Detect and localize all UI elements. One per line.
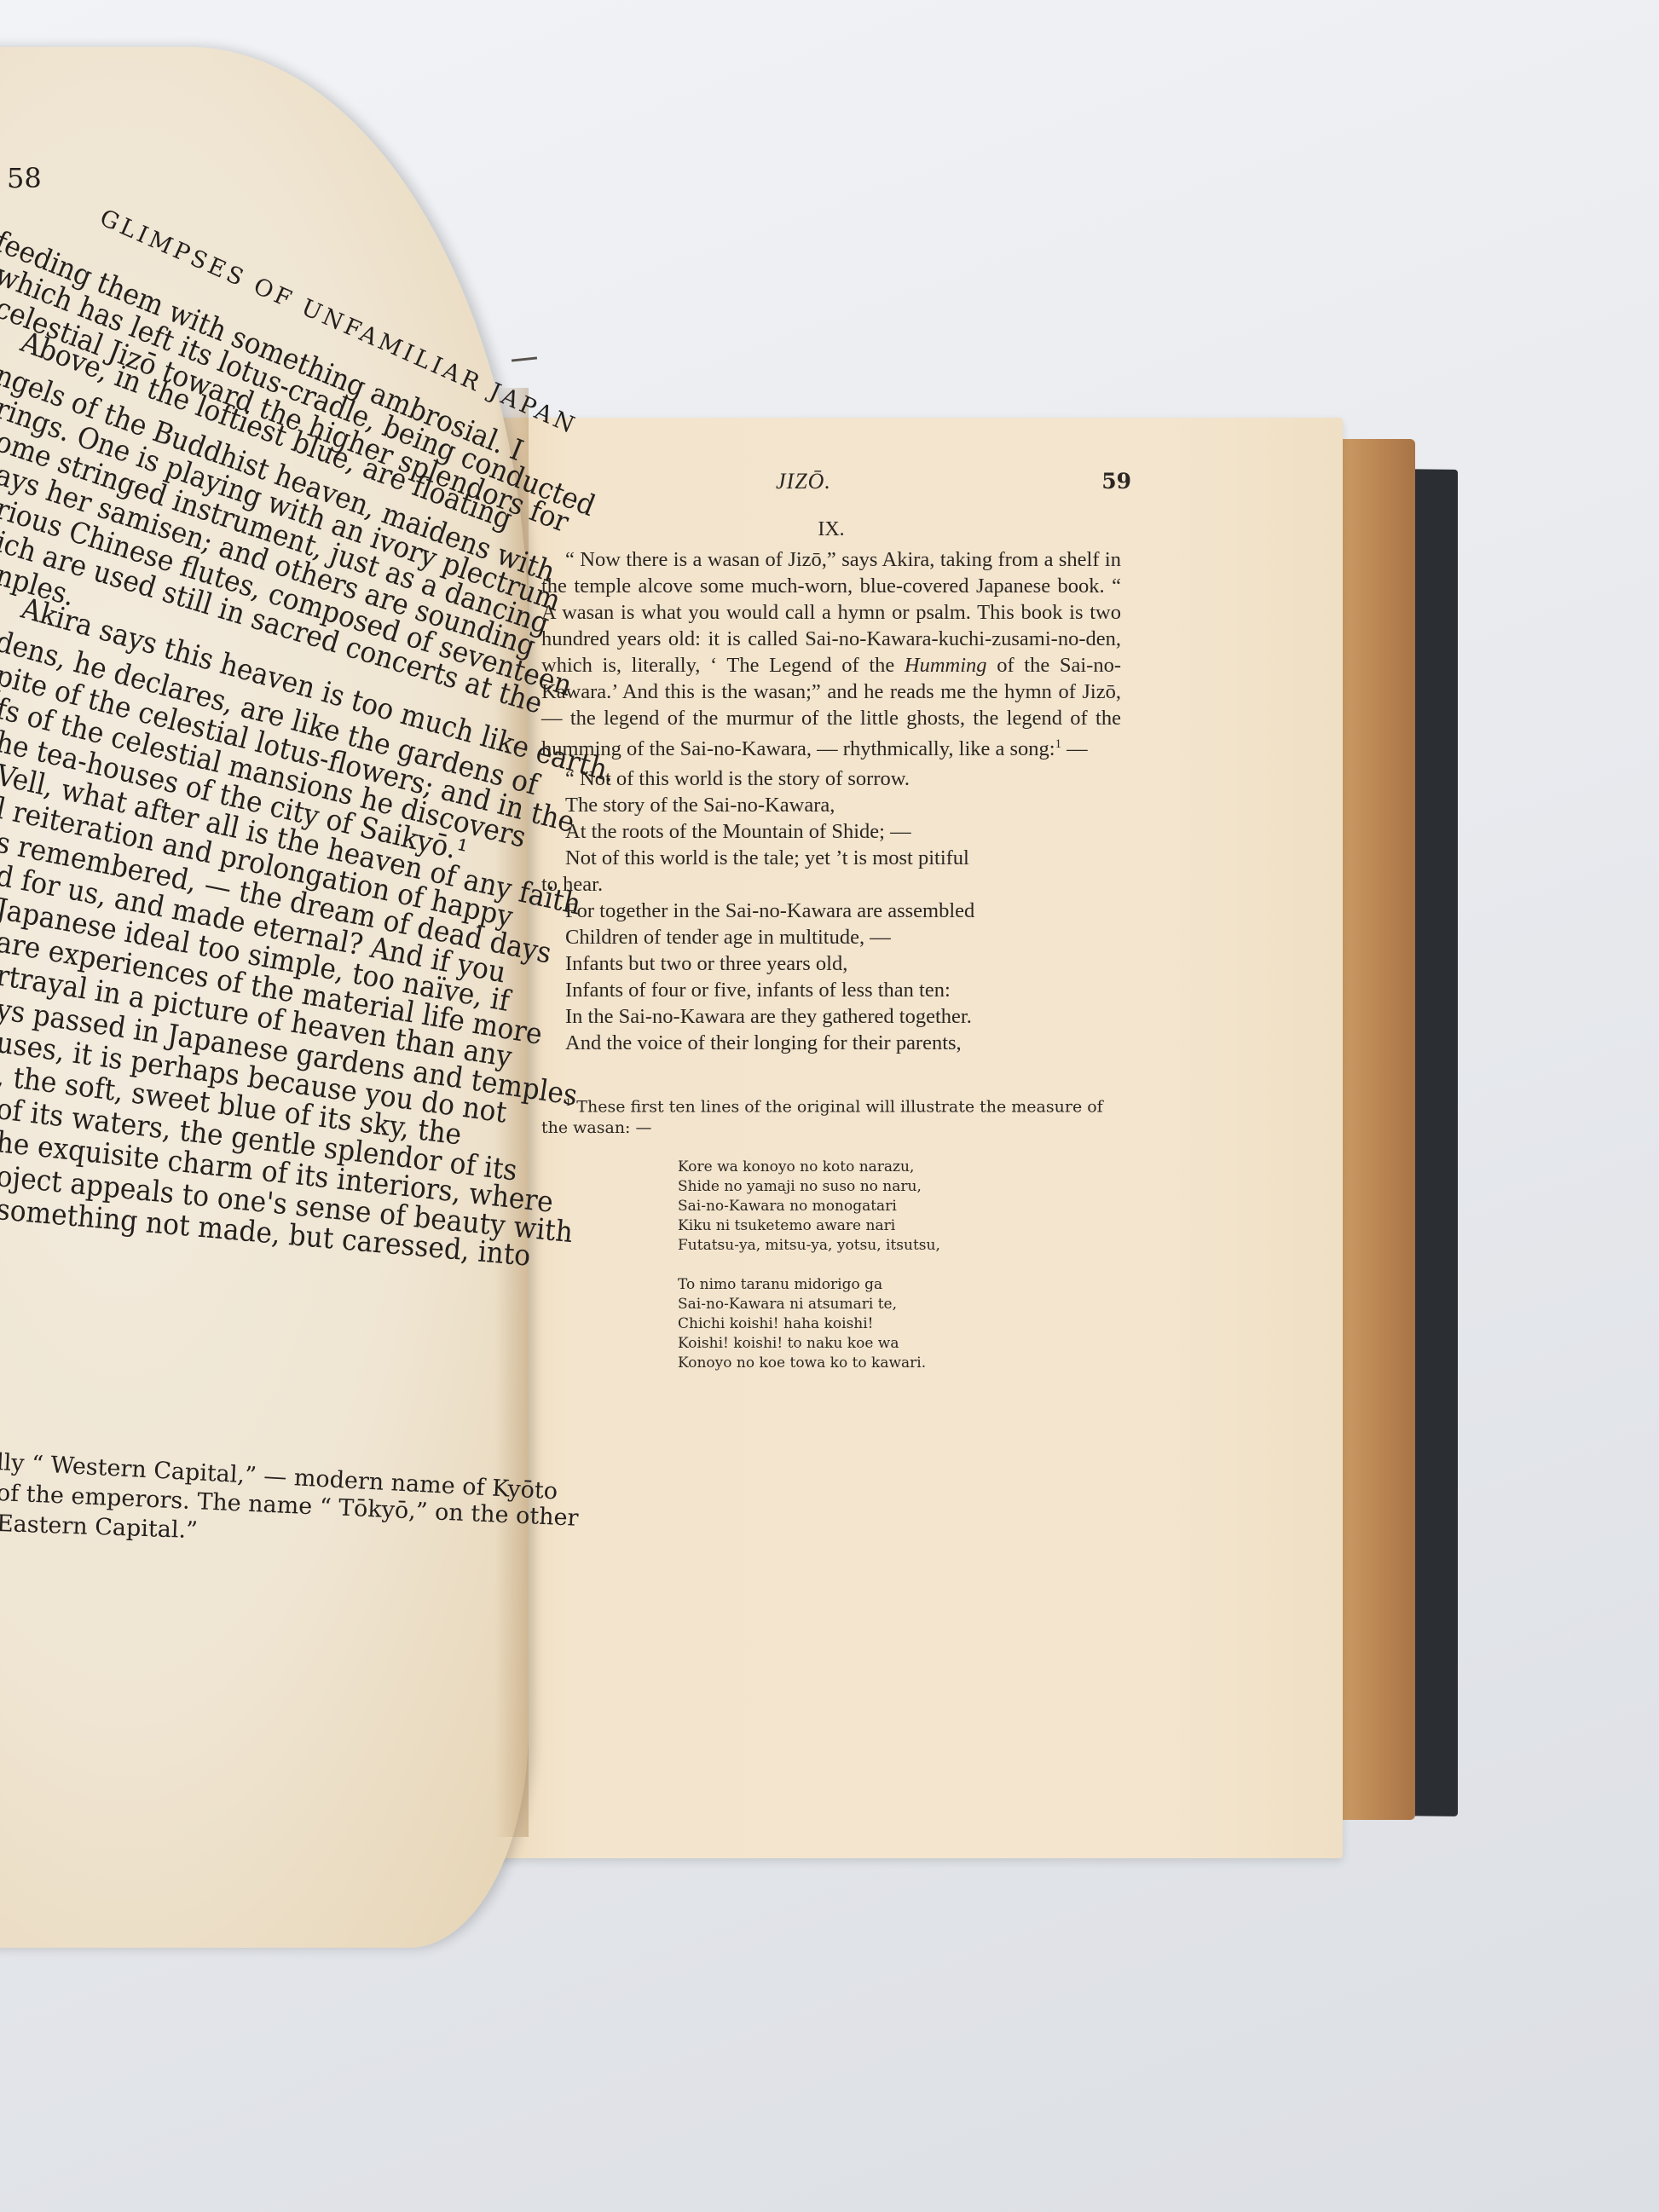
- verse-line: In the Sai-no-Kawara are they gathered t…: [541, 1003, 1121, 1030]
- verse-line: Infants but two or three years old,: [541, 950, 1121, 977]
- running-head-right: JIZŌ. 59: [541, 469, 1121, 503]
- page-number-right: 59: [1101, 469, 1131, 494]
- verse-line: At the roots of the Mountain of Shide; —: [541, 818, 1121, 845]
- footnote-verse-line: Futatsu-ya, mitsu-ya, yotsu, itsutsu,: [678, 1236, 1121, 1256]
- paragraph-tail: —: [1061, 737, 1088, 760]
- footnote-stanza: Kore wa konoyo no koto narazu,Shide no y…: [678, 1158, 1121, 1256]
- verse-line: The story of the Sai-no-Kawara,: [541, 792, 1121, 818]
- footnote-verse-line: Sai-no-Kawara no monogatari: [678, 1197, 1121, 1216]
- verse-line: Infants of four or five, infants of less…: [541, 977, 1121, 1003]
- verse-line: And the voice of their longing for their…: [541, 1030, 1121, 1056]
- verse-line: to hear.: [541, 871, 1121, 898]
- verse-line: Children of tender age in multitude, —: [541, 924, 1121, 950]
- left-page-footnote-line: Eastern Capital.”: [0, 1510, 198, 1544]
- footnote-verse-line: Shide no yamaji no suso no naru,: [678, 1177, 1121, 1197]
- footnote-verse-line: Kiku ni tsuketemo aware nari: [678, 1216, 1121, 1236]
- page-59-content: JIZŌ. 59 IX. “ Now there is a wasan of J…: [541, 469, 1121, 1373]
- page-number-left: 58: [7, 162, 42, 194]
- footnote-verse-line: Koishi! koishi! to naku koe wa: [678, 1334, 1121, 1354]
- running-head-title: JIZŌ.: [776, 469, 831, 494]
- body-paragraph: “ Now there is a wasan of Jizō,” says Ak…: [541, 546, 1121, 762]
- footnote-verse-line: Konoyo no koe towa ko to kawari.: [678, 1354, 1121, 1373]
- section-number: IX.: [541, 518, 1121, 541]
- footnote-original-verse: Kore wa konoyo no koto narazu,Shide no y…: [678, 1158, 1121, 1373]
- footnote-stanza: To nimo taranu midorigo gaSai-no-Kawara …: [678, 1275, 1121, 1373]
- footnote-verse-line: To nimo taranu midorigo ga: [678, 1275, 1121, 1295]
- paragraph-italic: Humming: [905, 654, 987, 677]
- hymn-verse: “ Not of this world is the story of sorr…: [541, 765, 1121, 1056]
- verse-line: For together in the Sai-no-Kawara are as…: [541, 898, 1121, 924]
- footnote-verse-line: Kore wa konoyo no koto narazu,: [678, 1158, 1121, 1177]
- footnote-verse-line: Sai-no-Kawara ni atsumari te,: [678, 1295, 1121, 1314]
- footnote: 1 These first ten lines of the original …: [541, 1092, 1121, 1139]
- verse-line: Not of this world is the tale; yet ’t is…: [541, 845, 1121, 871]
- page-59: JIZŌ. 59 IX. “ Now there is a wasan of J…: [465, 418, 1343, 1858]
- verse-line: “ Not of this world is the story of sorr…: [541, 765, 1121, 792]
- page-58-content: 58 GLIMPSES OF UNFAMILIAR JAPAN feeding …: [0, 0, 529, 1875]
- footnote-verse-line: Chichi koishi! haha koishi!: [678, 1314, 1121, 1334]
- footnote-reference[interactable]: 1: [1055, 737, 1061, 751]
- footnote-text: These first ten lines of the original wi…: [541, 1097, 1103, 1137]
